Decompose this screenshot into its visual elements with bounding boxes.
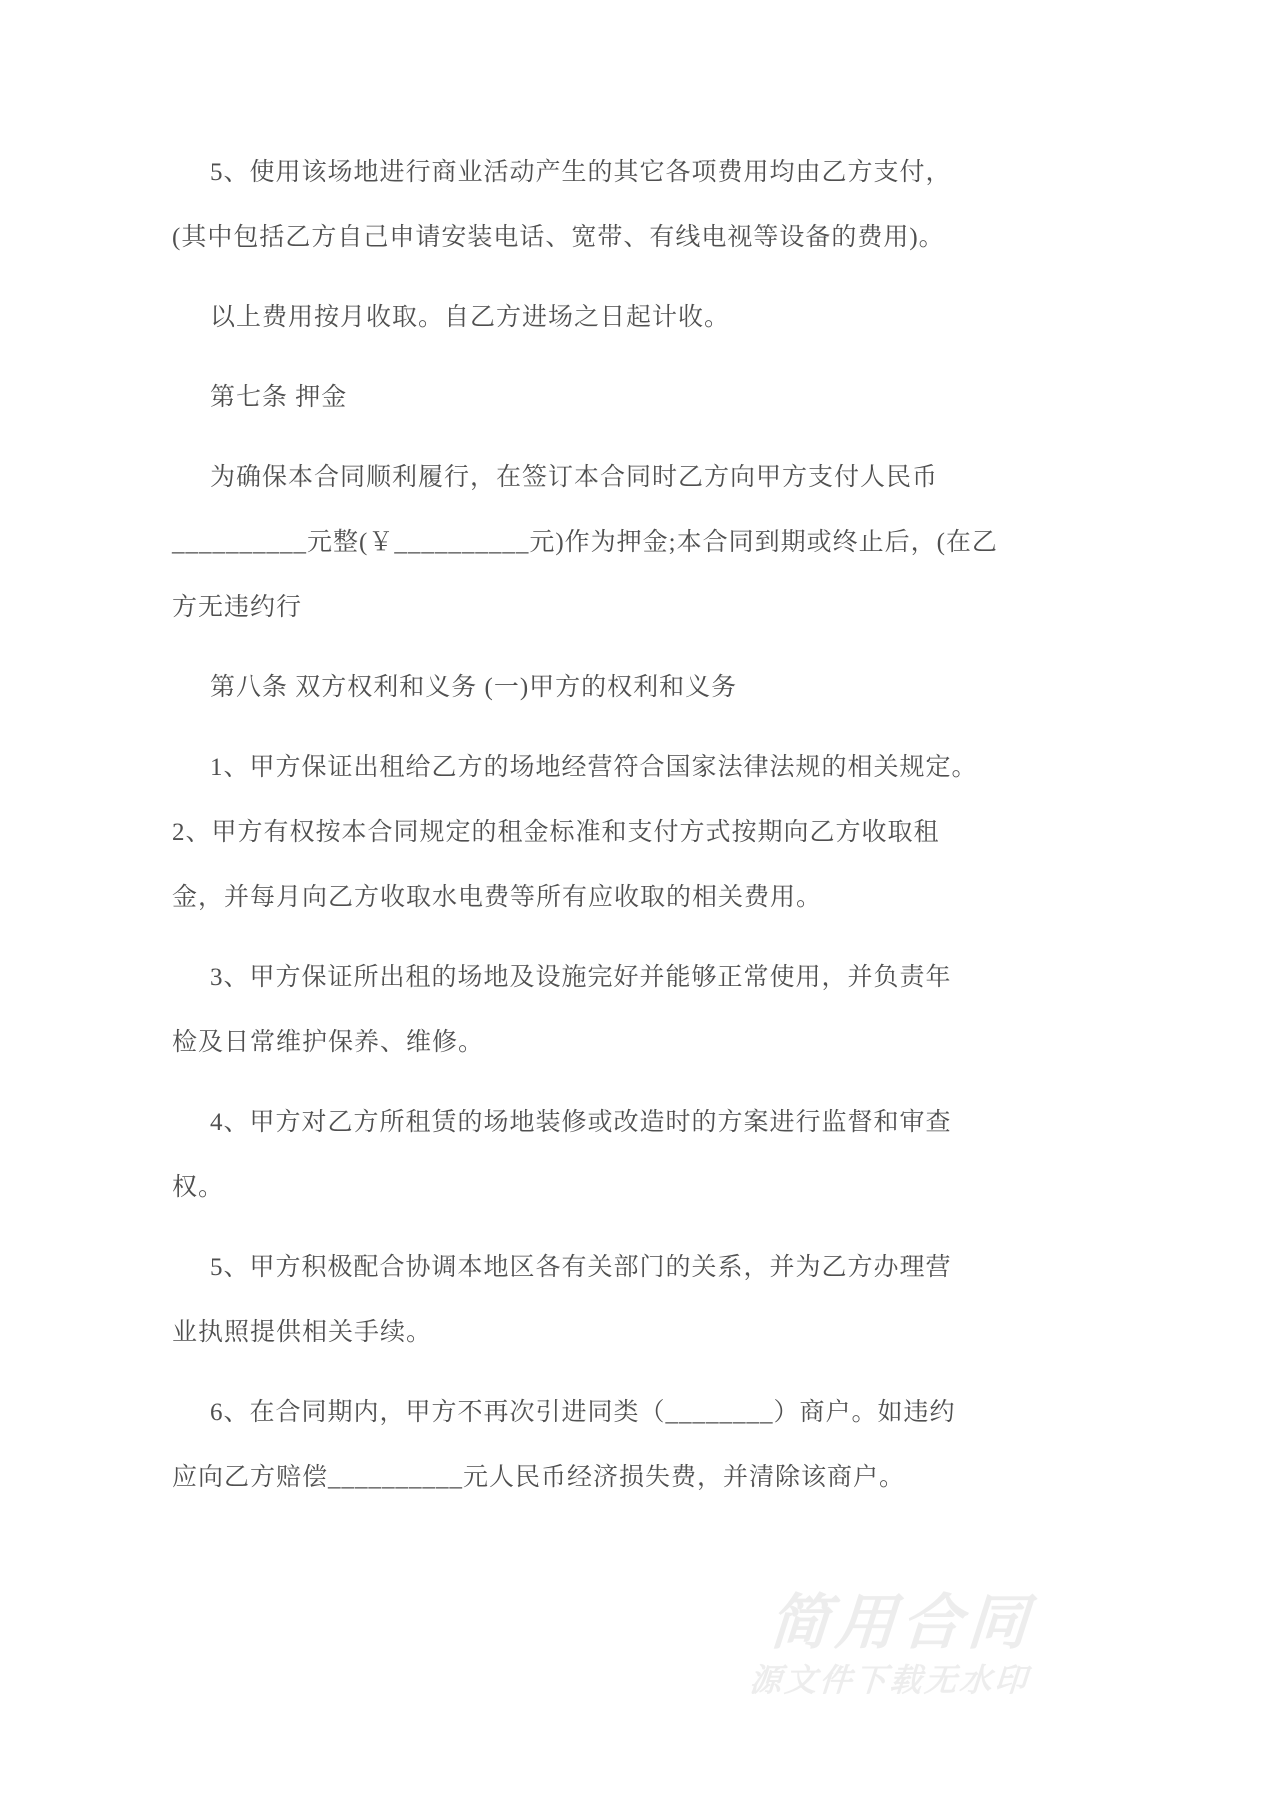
text-line: 方无违约行 bbox=[172, 575, 1052, 640]
text-line: 4、甲方对乙方所租赁的场地装修或改造时的方案进行监督和审查 bbox=[172, 1090, 1052, 1155]
paragraph: 4、甲方对乙方所租赁的场地装修或改造时的方案进行监督和审查权。 bbox=[172, 1090, 1052, 1220]
paragraph: 6、在合同期内，甲方不再次引进同类（________）商户。如违约应向乙方赔偿_… bbox=[172, 1380, 1052, 1510]
paragraph: 第七条 押金 bbox=[172, 365, 1052, 430]
paragraph: 1、甲方保证出租给乙方的场地经营符合国家法律法规的相关规定。2、甲方有权按本合同… bbox=[172, 735, 1052, 930]
text-line: 第八条 双方权利和义务 (一)甲方的权利和义务 bbox=[172, 655, 1052, 720]
text-line: (其中包括乙方自己申请安装电话、宽带、有线电视等设备的费用)。 bbox=[172, 205, 1052, 270]
text-line: 金，并每月向乙方收取水电费等所有应收取的相关费用。 bbox=[172, 865, 1052, 930]
text-line: 6、在合同期内，甲方不再次引进同类（________）商户。如违约 bbox=[172, 1380, 1052, 1445]
text-line: 检及日常维护保养、维修。 bbox=[172, 1010, 1052, 1075]
paragraph: 以上费用按月收取。自乙方进场之日起计收。 bbox=[172, 285, 1052, 350]
text-line: 3、甲方保证所出租的场地及设施完好并能够正常使用，并负责年 bbox=[172, 945, 1052, 1010]
text-line: 5、使用该场地进行商业活动产生的其它各项费用均由乙方支付， bbox=[172, 140, 1052, 205]
text-line: 权。 bbox=[172, 1155, 1052, 1220]
watermark: 简用合同 源文件下载无水印 bbox=[748, 1588, 1036, 1702]
text-line: 为确保本合同顺利履行，在签订本合同时乙方向甲方支付人民币 bbox=[172, 445, 1052, 510]
contract-page: 5、使用该场地进行商业活动产生的其它各项费用均由乙方支付，(其中包括乙方自己申请… bbox=[0, 0, 1280, 1810]
watermark-title: 简用合同 bbox=[751, 1588, 1036, 1658]
text-line: 2、甲方有权按本合同规定的租金标准和支付方式按期向乙方收取租 bbox=[172, 800, 1052, 865]
paragraph: 为确保本合同顺利履行，在签订本合同时乙方向甲方支付人民币__________元整… bbox=[172, 445, 1052, 640]
paragraph: 第八条 双方权利和义务 (一)甲方的权利和义务 bbox=[172, 655, 1052, 720]
paragraph: 5、甲方积极配合协调本地区各有关部门的关系，并为乙方办理营业执照提供相关手续。 bbox=[172, 1235, 1052, 1365]
text-line: 应向乙方赔偿__________元人民币经济损失费，并清除该商户。 bbox=[172, 1445, 1052, 1510]
paragraph: 3、甲方保证所出租的场地及设施完好并能够正常使用，并负责年检及日常维护保养、维修… bbox=[172, 945, 1052, 1075]
paragraph: 5、使用该场地进行商业活动产生的其它各项费用均由乙方支付，(其中包括乙方自己申请… bbox=[172, 140, 1052, 270]
text-line: __________元整(￥__________元)作为押金;本合同到期或终止后… bbox=[172, 510, 1052, 575]
text-line: 5、甲方积极配合协调本地区各有关部门的关系，并为乙方办理营 bbox=[172, 1235, 1052, 1300]
text-line: 第七条 押金 bbox=[172, 365, 1052, 430]
watermark-subtitle: 源文件下载无水印 bbox=[748, 1658, 1031, 1702]
text-line: 1、甲方保证出租给乙方的场地经营符合国家法律法规的相关规定。 bbox=[172, 735, 1052, 800]
contract-body: 5、使用该场地进行商业活动产生的其它各项费用均由乙方支付，(其中包括乙方自己申请… bbox=[172, 140, 1052, 1525]
text-line: 业执照提供相关手续。 bbox=[172, 1300, 1052, 1365]
text-line: 以上费用按月收取。自乙方进场之日起计收。 bbox=[172, 285, 1052, 350]
